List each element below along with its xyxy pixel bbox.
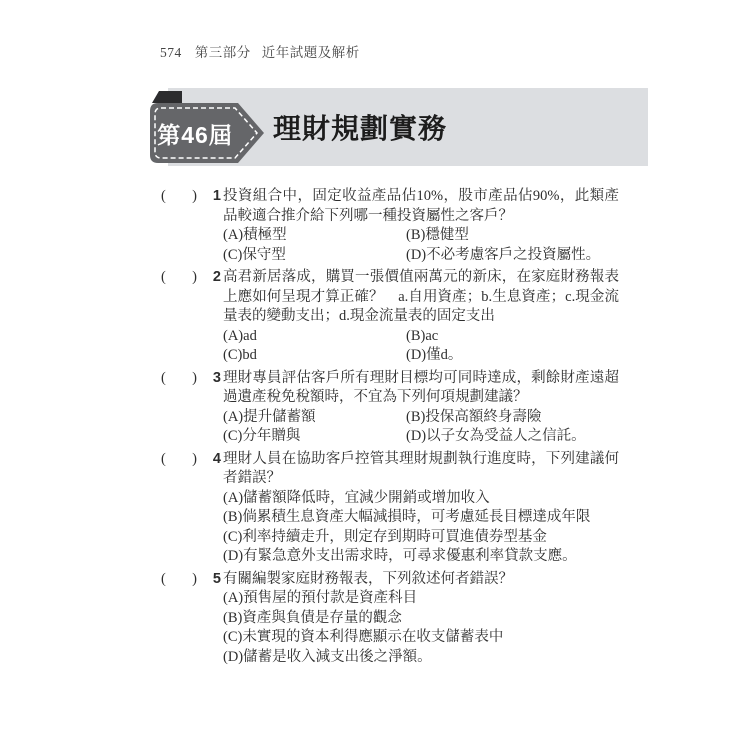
option-d: (D)儲蓄是收入減支出後之淨額。 [223,648,619,668]
option-group: (A)ad (B)ac (C)bd (D)僅d。 [223,327,619,366]
question-stem: 高君新居落成，購買一張價值兩萬元的新床，在家庭財務報表上應如何呈現才算正確？ a… [223,268,619,327]
option-c: (C)利率持續走升，則定存到期時可買進債券型基金 [223,528,619,548]
open-paren: ( [161,450,166,470]
question-number: 4 [206,450,221,470]
question-4: ( ) 4 理財人員在協助客戶控管其理財規劃執行進度時，下列建議何者錯誤？ (A… [161,450,619,567]
option-b: (B)資產與負債是存量的觀念 [223,609,619,629]
running-header: 574 第三部分 近年試題及解析 [160,41,360,61]
question-stem: 理財人員在協助客戶控管其理財規劃執行進度時，下列建議何者錯誤？ [223,450,619,489]
option-b: (B)投保高額終身壽險 [406,408,619,428]
option-a: (A)ad [223,327,406,347]
option-group: (A)提升儲蓄額 (B)投保高額終身壽險 (C)分年贈與 (D)以子女為受益人之… [223,408,619,447]
option-a: (A)預售屋的預付款是資產科目 [223,589,619,609]
answer-blank: ( ) [161,369,197,389]
option-b: (B)倘累積生息資產大幅減損時，可考慮延長目標達成年限 [223,508,619,528]
question-stem: 有關編製家庭財務報表，下列敘述何者錯誤？ [223,570,619,590]
close-paren: ) [192,450,197,470]
question-number: 2 [206,268,221,288]
option-c: (C)分年贈與 [223,427,406,447]
question-number: 1 [206,187,221,207]
question-number: 5 [206,570,221,590]
close-paren: ) [192,268,197,288]
question-2: ( ) 2 高君新居落成，購買一張價值兩萬元的新床，在家庭財務報表上應如何呈現才… [161,268,619,366]
option-a: (A)提升儲蓄額 [223,408,406,428]
open-paren: ( [161,369,166,389]
question-stem: 投資組合中，固定收益產品佔10%，股市產品佔90%，此類產品較適合推介給下列哪一… [223,187,619,226]
option-b: (B)ac [406,327,619,347]
open-paren: ( [161,268,166,288]
option-d: (D)不必考慮客戶之投資屬性。 [406,246,619,266]
option-group: (A)積極型 (B)穩健型 (C)保守型 (D)不必考慮客戶之投資屬性。 [223,226,619,265]
book-page: 574 第三部分 近年試題及解析 第46屆 理財規劃實務 ( ) 1 投資組合中… [0,0,750,750]
question-3: ( ) 3 理財專員評估客戶所有理財目標均可同時達成，剩餘財產遠超過遺產稅免稅額… [161,369,619,447]
option-c: (C)未實現的資本利得應顯示在收支儲蓄表中 [223,628,619,648]
part-label: 第三部分 [195,41,251,61]
close-paren: ) [192,187,197,207]
open-paren: ( [161,187,166,207]
option-group: (A)預售屋的預付款是資產科目 (B)資產與負債是存量的觀念 (C)未實現的資本… [223,589,619,667]
close-paren: ) [192,369,197,389]
chapter-badge: 第46屆 [146,88,276,168]
option-d: (D)僅d。 [406,346,619,366]
answer-blank: ( ) [161,450,197,470]
option-d: (D)有緊急意外支出需求時，可尋求優惠利率貸款支應。 [223,547,619,567]
part-title: 近年試題及解析 [262,41,360,61]
close-paren: ) [192,570,197,590]
option-c: (C)bd [223,346,406,366]
answer-blank: ( ) [161,187,197,207]
option-group: (A)儲蓄額降低時，宜減少開銷或增加收入 (B)倘累積生息資產大幅減損時，可考慮… [223,489,619,567]
question-list: ( ) 1 投資組合中，固定收益產品佔10%，股市產品佔90%，此類產品較適合推… [161,187,619,670]
question-1: ( ) 1 投資組合中，固定收益產品佔10%，股市產品佔90%，此類產品較適合推… [161,187,619,265]
option-a: (A)儲蓄額降低時，宜減少開銷或增加收入 [223,489,619,509]
chapter-title: 理財規劃實務 [273,88,447,166]
option-d: (D)以子女為受益人之信託。 [406,427,619,447]
chapter-badge-label: 第46屆 [150,103,240,163]
question-stem: 理財專員評估客戶所有理財目標均可同時達成，剩餘財產遠超過遺產稅免稅額時，不宜為下… [223,369,619,408]
option-c: (C)保守型 [223,246,406,266]
option-b: (B)穩健型 [406,226,619,246]
answer-blank: ( ) [161,268,197,288]
question-5: ( ) 5 有關編製家庭財務報表，下列敘述何者錯誤？ (A)預售屋的預付款是資產… [161,570,619,668]
page-number: 574 [160,45,182,61]
option-a: (A)積極型 [223,226,406,246]
question-number: 3 [206,369,221,389]
answer-blank: ( ) [161,570,197,590]
open-paren: ( [161,570,166,590]
